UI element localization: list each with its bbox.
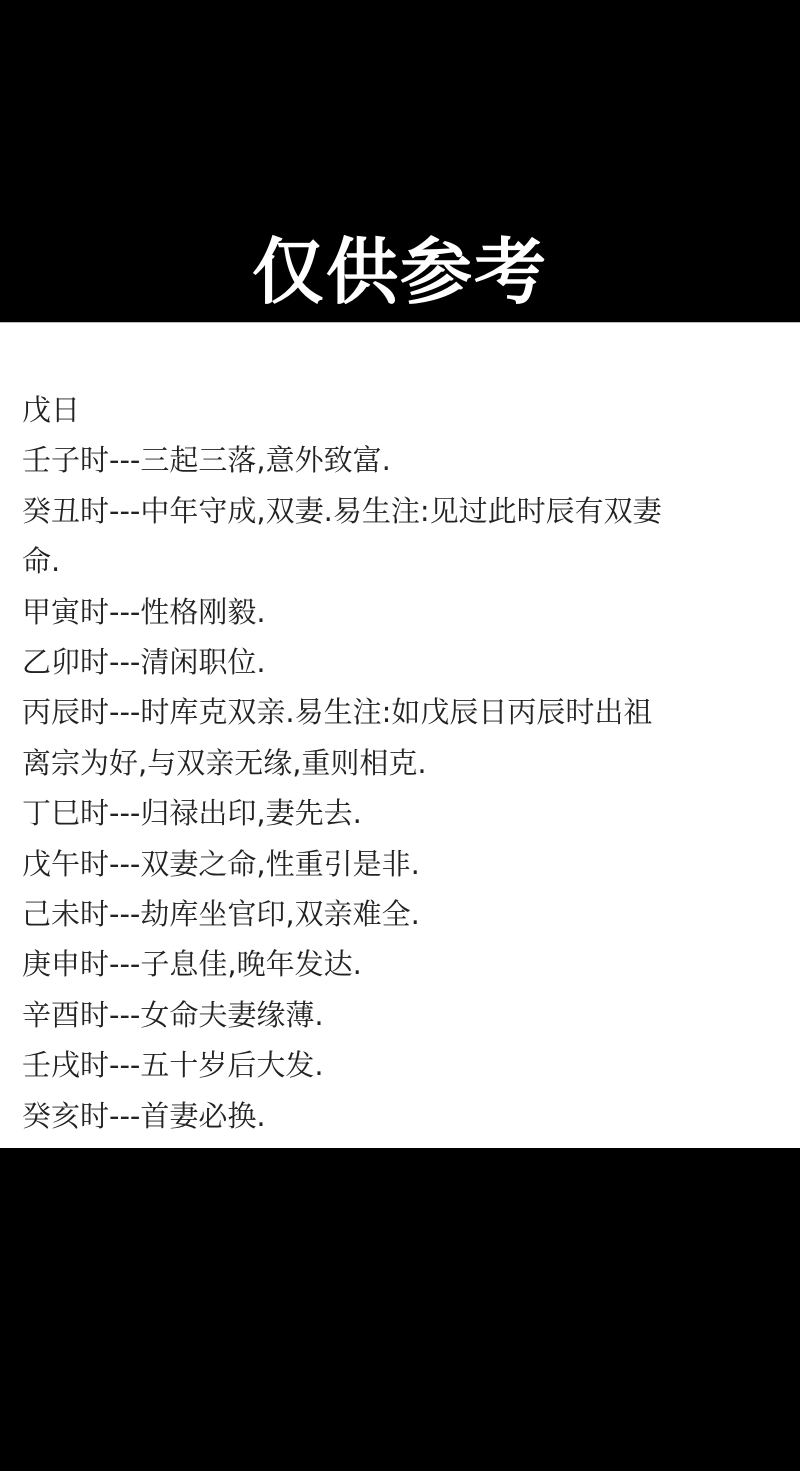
text-line: 己未时---劫库坐官印,双亲难全. — [22, 889, 797, 939]
text-line: 丙辰时---时库克双亲.易生注:如戊辰日丙辰时出祖 — [22, 687, 797, 737]
text-line: 戊午时---双妻之命,性重引是非. — [22, 839, 797, 889]
document-body: 戊日 壬子时---三起三落,意外致富. 癸丑时---中年守成,双妻.易生注:见过… — [0, 322, 800, 1148]
section-heading: 戊日 — [22, 385, 797, 435]
bottom-black-band — [0, 1148, 800, 1471]
text-lines: 戊日 壬子时---三起三落,意外致富. 癸丑时---中年守成,双妻.易生注:见过… — [22, 385, 797, 1141]
text-line: 乙卯时---清闲职位. — [22, 637, 797, 687]
page-title: 仅供参考 — [0, 222, 800, 322]
text-line: 壬子时---三起三落,意外致富. — [22, 435, 797, 485]
text-line: 癸丑时---中年守成,双妻.易生注:见过此时辰有双妻 — [22, 486, 797, 536]
text-line: 壬戌时---五十岁后大发. — [22, 1040, 797, 1090]
text-line: 命. — [22, 536, 797, 586]
text-line: 甲寅时---性格刚毅. — [22, 587, 797, 637]
text-line: 丁巳时---归禄出印,妻先去. — [22, 788, 797, 838]
text-line: 癸亥时---首妻必换. — [22, 1091, 797, 1141]
text-line: 离宗为好,与双亲无缘,重则相克. — [22, 738, 797, 788]
text-line: 庚申时---子息佳,晚年发达. — [22, 939, 797, 989]
text-line: 辛酉时---女命夫妻缘薄. — [22, 990, 797, 1040]
